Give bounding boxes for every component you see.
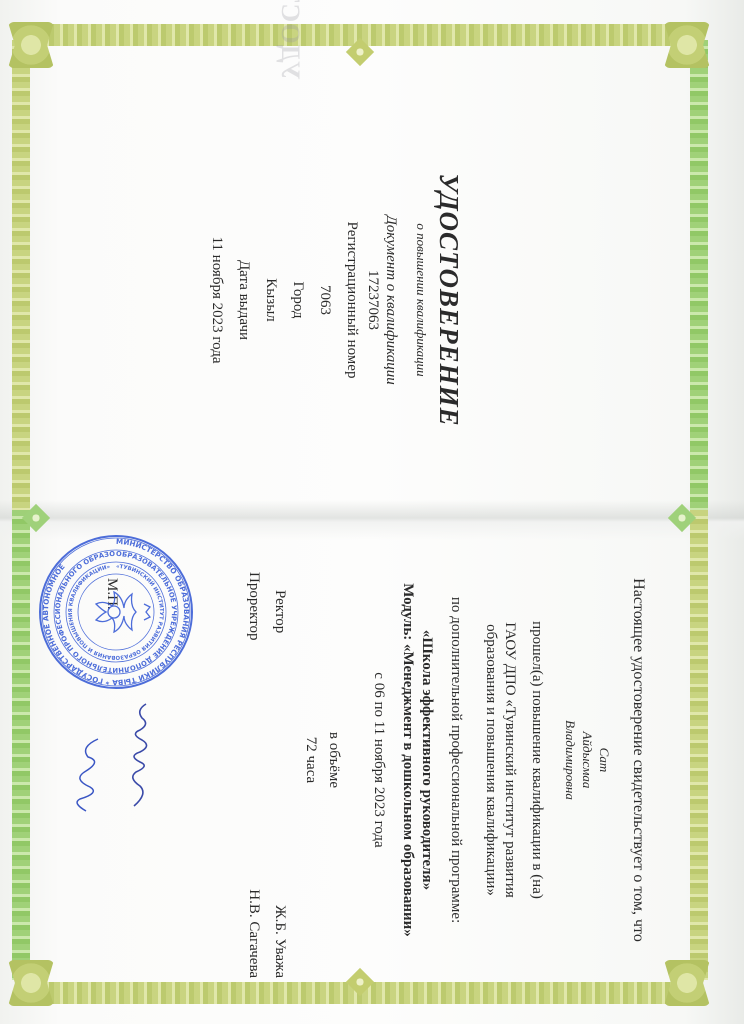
recipient-patronymic: Владимировна <box>562 540 579 980</box>
cover-panel: УДОСТОВЕРЕНИЕ о повышении квалификации Д… <box>50 90 470 510</box>
city-label: Город <box>288 90 307 510</box>
issue-date-value: 11 ноября 2023 года <box>207 90 226 510</box>
certificate-title: УДОСТОВЕРЕНИЕ <box>433 90 464 510</box>
official-seal-icon: МИНИСТЕРСТВО ОБРАЗОВАНИЯ РЕСПУБЛИКИ ТЫВА… <box>38 534 194 690</box>
signature-row-prorector: Проректор Н.В. Сагачева <box>241 540 267 980</box>
prorector-role: Проректор <box>241 542 267 640</box>
frame-corner-ornament <box>8 22 54 68</box>
city-value: Кызыл <box>261 90 280 510</box>
recipient-surname: Сат <box>596 540 613 980</box>
organization-line-1: ГАОУ ДПО «Тувинский институт развития <box>500 540 519 980</box>
prorector-name: Н.В. Сагачева <box>241 889 267 978</box>
study-period: с 06 по 11 ноября 2023 года <box>369 540 388 980</box>
organization-line-2: образования и повышения квалификации» <box>481 540 500 980</box>
bleed-through-text: УДОСТОВЕРЕНИЕ <box>275 0 305 80</box>
frame-right-lower-border <box>690 510 708 980</box>
certificate-subtitle: о повышении квалификации <box>413 90 429 510</box>
program-intro: по дополнительной профессиональной прогр… <box>446 540 465 980</box>
registration-number: 7063 <box>315 90 334 510</box>
intro-text: Настоящее удостоверение свидетельствует … <box>629 540 648 980</box>
signature-row-rector: Ректор Ж.Б. Уважа <box>267 540 293 980</box>
svg-text:«ТУВИНСКИЙ ИНСТИТУТ РАЗВИТИЯ О: «ТУВИНСКИЙ ИНСТИТУТ РАЗВИТИЯ ОБРАЗОВАНИЯ… <box>68 564 164 660</box>
passed-text: прошел(а) повышение квалификации в (на) <box>527 540 546 980</box>
document-number: 17237063 <box>363 90 382 510</box>
document-label: Документ о квалификации <box>382 90 399 510</box>
program-module: Модуль: «Менеджмент в дошкольном образов… <box>398 540 417 980</box>
issue-date-label: Дата выдачи <box>234 90 253 510</box>
frame-corner-ornament <box>664 22 710 68</box>
recipient-name: Айдысмаа <box>579 540 596 980</box>
prorector-signature-icon <box>68 735 108 815</box>
frame-right-upper-border <box>690 40 708 510</box>
volume-label: в объёме <box>324 540 343 980</box>
frame-left-upper-border <box>12 40 30 510</box>
frame-left-lower-border <box>12 510 30 980</box>
volume-hours: 72 часа <box>301 540 320 980</box>
rector-name: Ж.Б. Уважа <box>267 905 293 978</box>
rector-signature-icon <box>108 700 158 810</box>
rector-role: Ректор <box>267 542 293 633</box>
program-title: «Школа эффективного руководителя» <box>417 540 436 980</box>
registration-label: Регистрационный номер <box>342 90 361 510</box>
frame-corner-ornament <box>664 960 710 1006</box>
